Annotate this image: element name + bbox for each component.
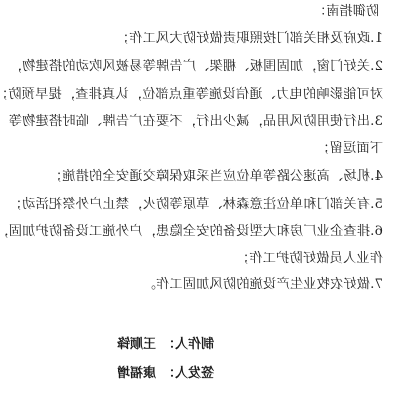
signature-producer-label: 制作人： [162, 337, 214, 352]
guide-item-5: 5.有关部门和单位注意森林、草原等防火，禁止户外祭祀活动； [9, 197, 383, 213]
guide-item-7: 7.做好农牧业生产设施的防风加固工作。 [142, 277, 383, 293]
guide-item-6-cont: 作业人员做好防护工作； [236, 251, 383, 267]
signature-issuer-name: 康福增 [117, 366, 156, 381]
signature-producer-name: 王顺锋 [117, 337, 156, 352]
guide-item-3-cont: 下面逗留； [316, 141, 383, 157]
guide-item-2-cont: 对可能影响的电力、通信设施等重点部位，认真排查，提早预防； [0, 87, 383, 103]
document-page: 防御指南： 1.政府及相关部门按照职责做好防大风工作； 2.关好门窗，加固围板、… [0, 0, 401, 396]
guide-item-4: 4.机场、高速公路等单位应当采取保障交通安全的措施； [49, 169, 383, 185]
signature-issuer: 签发人：康福增 [117, 362, 214, 381]
guide-item-1: 1.政府及相关部门按照职责做好防大风工作； [116, 31, 383, 47]
signature-issuer-label: 签发人： [162, 366, 214, 381]
guide-item-6: 6.排查企业厂房和大型设备的安全隐患，户外施工设备防护加固， [0, 224, 383, 240]
signature-producer: 制作人：王顺锋 [117, 333, 214, 352]
guide-item-2: 2.关好门窗，加固围板、棚架、广告牌等易被风吹动的搭建物， [9, 59, 383, 75]
guide-item-3: 3.出行使用防风用品，减少出行，不要在广告牌、临时搭建物等 [9, 114, 383, 130]
guide-heading: 防御指南： [313, 4, 379, 20]
